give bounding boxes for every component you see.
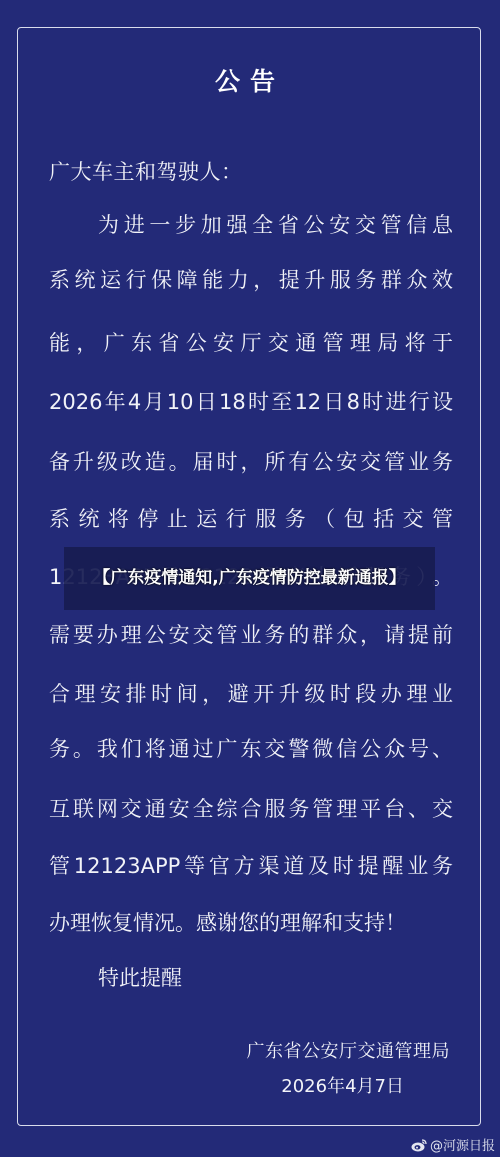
notice-title: 公告 [0, 62, 500, 98]
salutation: 广大车主和驾驶人： [49, 156, 243, 186]
body-line: 管12123APP等官方渠道及时提醒业务 [49, 852, 453, 880]
body-line: 办理恢复情况。感谢您的理解和支持！ [49, 909, 406, 937]
body-line: 系统运行保障能力，提升服务群众效 [49, 266, 453, 294]
body-line: 能，广东省公安厅交通管理局将于 [49, 329, 453, 357]
watermark-handle: @河源日报 [430, 1135, 495, 1154]
body-line: 合理安排时间，避开升级时段办理业 [49, 680, 453, 708]
body-line: 互联网交通安全综合服务管理平台、交 [49, 795, 453, 823]
source-watermark: @河源日报 [411, 1135, 495, 1154]
body-line: 为进一步加强全省公安交管信息 [98, 211, 453, 239]
body-line: 务。我们将通过广东交警微信公众号、 [49, 735, 453, 763]
signature: 广东省公安厅交通管理局 [247, 1037, 451, 1063]
headline-text: 【广东疫情通知,广东疫情防控最新通报】 [79, 568, 419, 589]
body-line: 系统将停止运行服务（包括交管 [49, 505, 453, 533]
weibo-icon [411, 1138, 427, 1152]
closing-remark: 特此提醒 [98, 962, 182, 992]
headline-overlay: 【广东疫情通知,广东疫情防控最新通报】 [64, 547, 435, 610]
body-line: 备升级改造。届时，所有公安交管业务 [49, 448, 453, 476]
body-line: 需要办理公安交管业务的群众，请提前 [49, 621, 453, 649]
body-line: 2026年4月10日18时至12日8时进行设 [49, 388, 453, 416]
sign-date: 2026年4月7日 [281, 1072, 404, 1098]
